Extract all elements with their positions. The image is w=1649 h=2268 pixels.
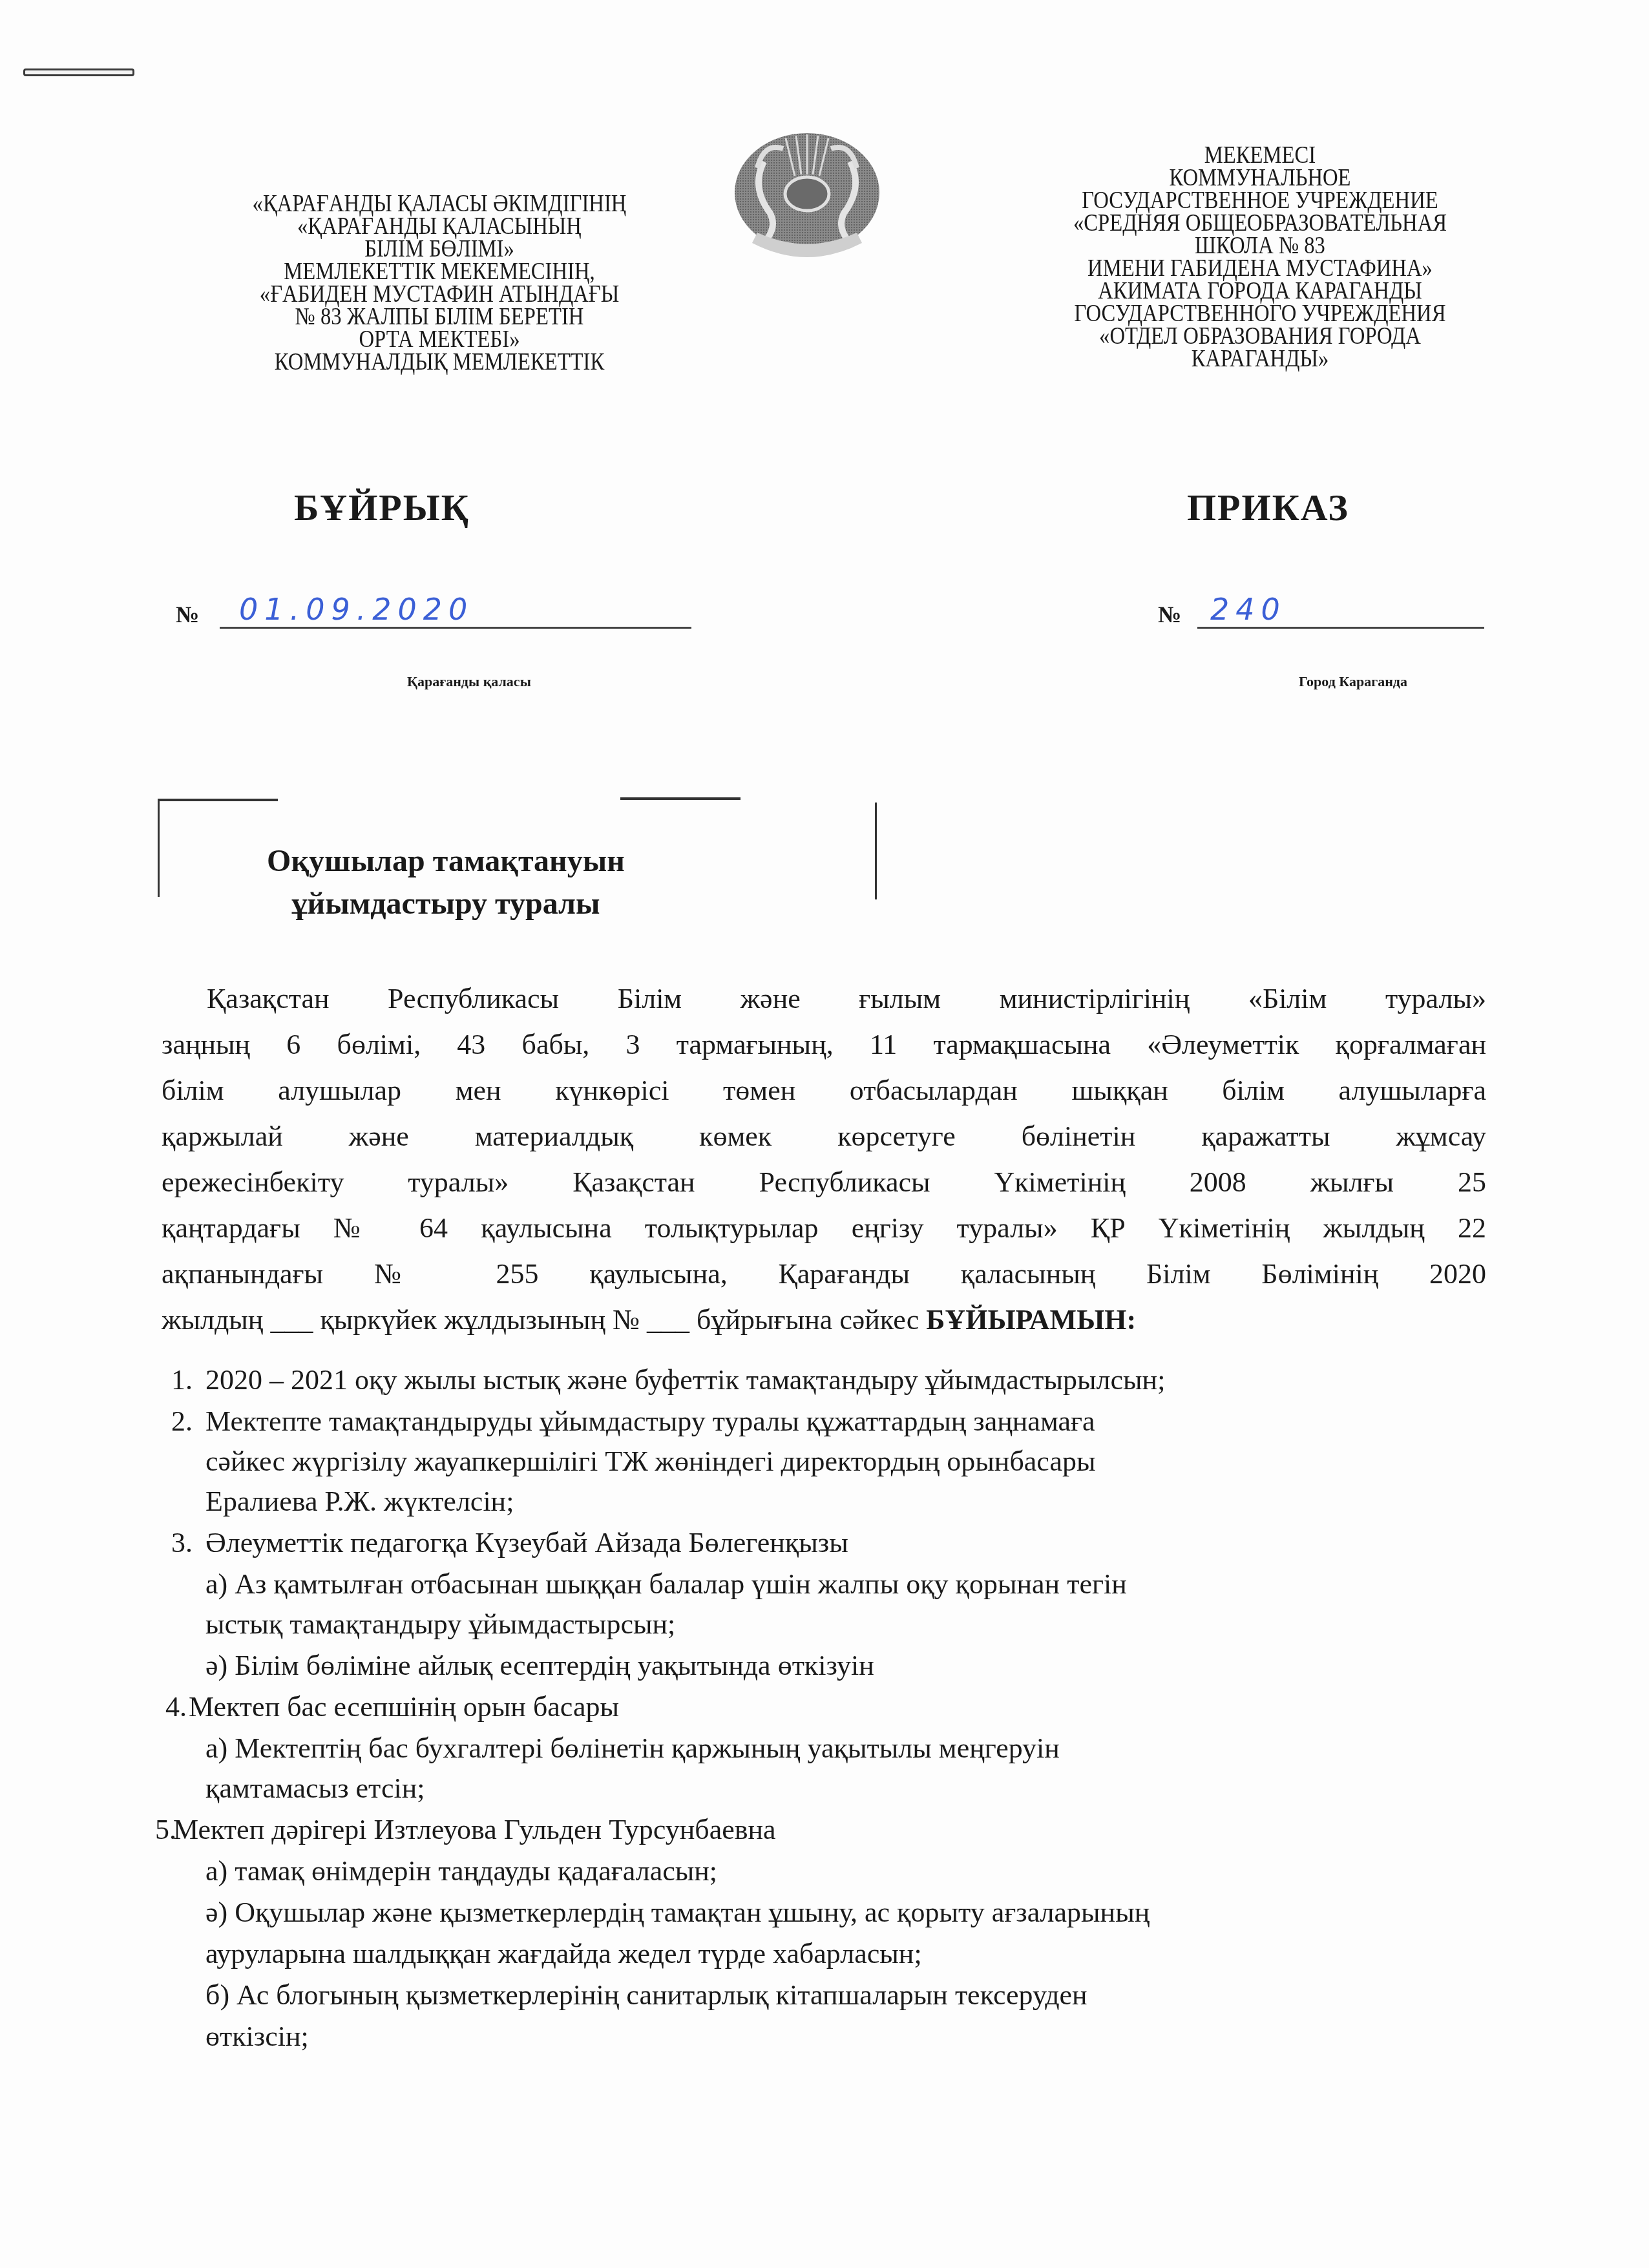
- item-line: ауруларына шалдыққан жағдайда жедел түрд…: [205, 1937, 922, 1970]
- item-line: Мектеп дәрігері Изтлеуова Гульден Турсун…: [173, 1813, 776, 1846]
- item-line: Мектепте тамақтандыруды ұйымдастыру тура…: [205, 1405, 1095, 1438]
- item-line: Ералиева Р.Ж. жүктелсін;: [205, 1485, 514, 1518]
- item-line: а) тамақ өнімдерін таңдауды қадағаласын;: [205, 1854, 717, 1887]
- item-line: Әлеуметтік педагогқа Күзеубай Айзада Бөл…: [205, 1526, 848, 1559]
- item-line: ә) Оқушылар және қызметкерлердің тамақта…: [205, 1896, 1150, 1929]
- item-number: 1.: [171, 1363, 193, 1396]
- item-line: ә) Білім бөліміне айлық есептердің уақыт…: [205, 1649, 874, 1682]
- order-items: 1. 2020 – 2021 оқу жылы ыстық және буфет…: [0, 0, 1649, 2268]
- item-line: Мектеп бас есепшінің орын басары: [189, 1690, 619, 1723]
- item-number: 4.: [165, 1690, 187, 1723]
- item-number: 3.: [171, 1526, 193, 1559]
- item-line: ыстық тамақтандыру ұйымдастырсын;: [205, 1608, 675, 1641]
- item-line: өткізсін;: [205, 2020, 309, 2053]
- item-line: б) Ас блогының қызметкерлерінің санитарл…: [205, 1979, 1087, 2011]
- item-line: сәйкес жүргізілу жауапкершілігі ТЖ жөнін…: [205, 1445, 1095, 1478]
- item-line: 2020 – 2021 оқу жылы ыстық және буфеттік…: [205, 1363, 1165, 1396]
- item-number: 2.: [171, 1405, 193, 1438]
- item-line: қамтамасыз етсін;: [205, 1772, 425, 1805]
- item-line: а) Мектептің бас бухгалтері бөлінетін қа…: [205, 1732, 1060, 1765]
- item-line: а) Аз қамтылған отбасынан шыққан балалар…: [205, 1568, 1127, 1601]
